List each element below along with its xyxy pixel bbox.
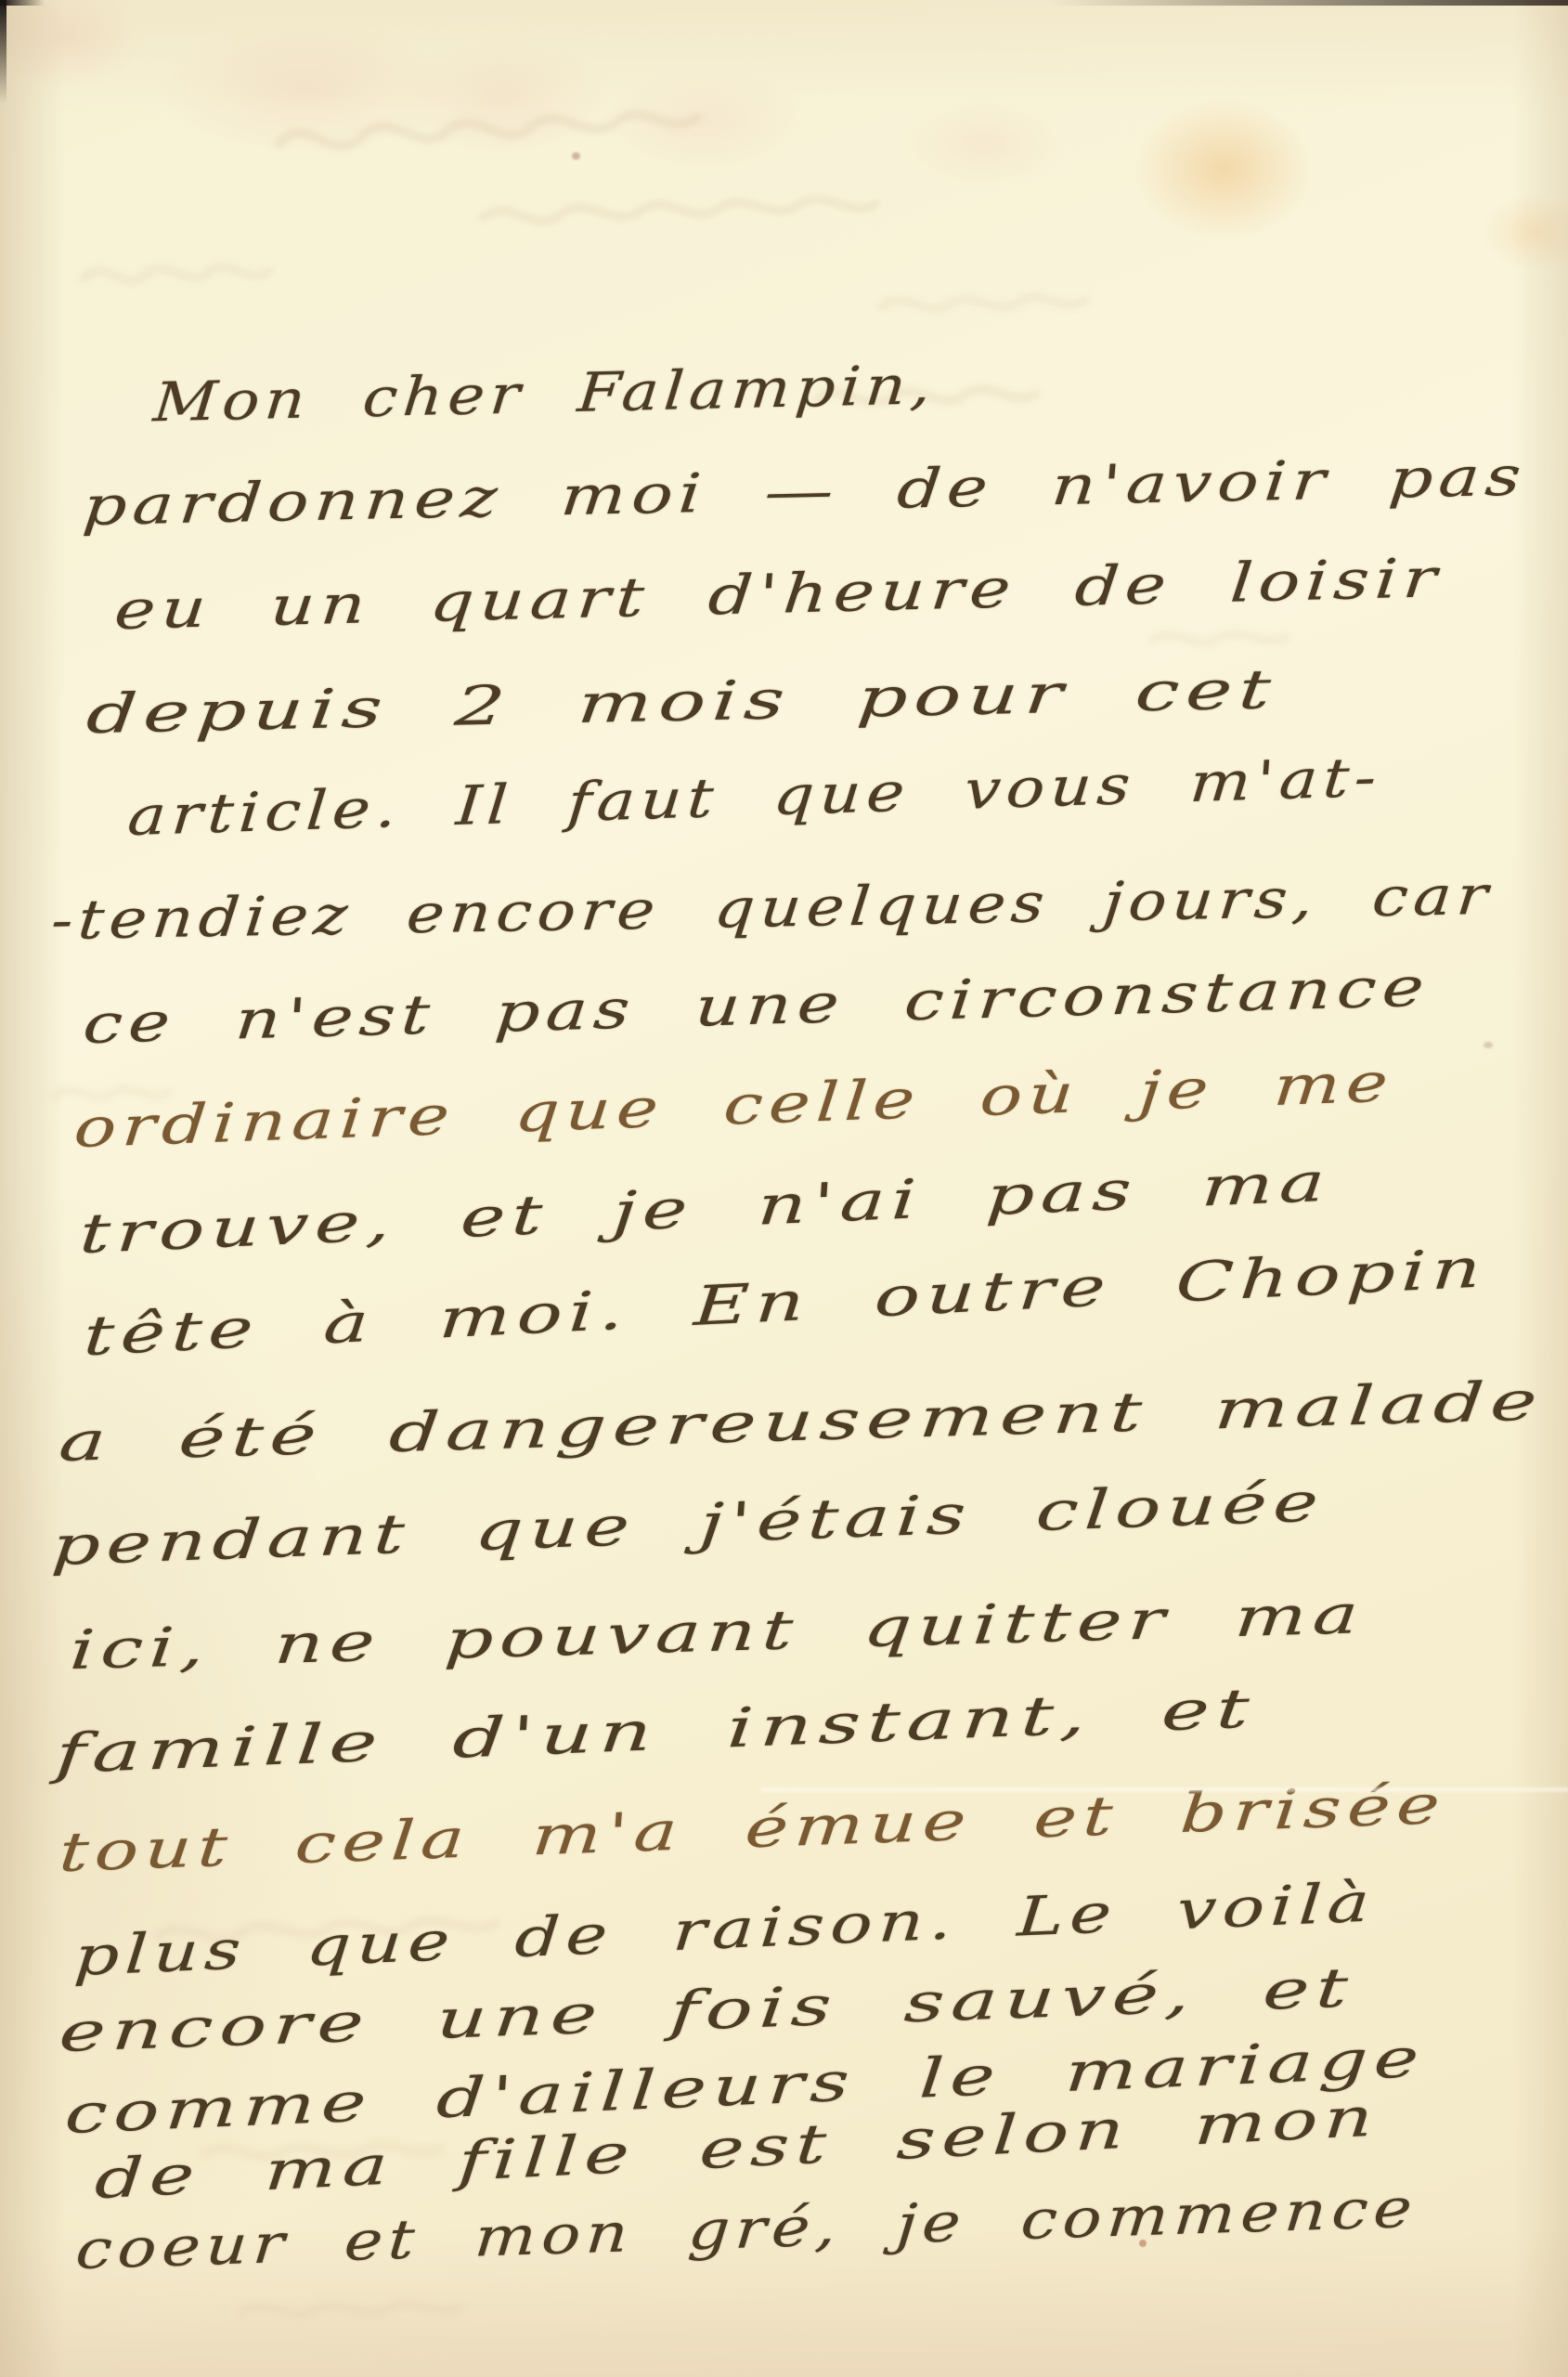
- letter-scan-page: Mon cher Falampin, pardonnez moi — de n'…: [0, 0, 1568, 2377]
- letter-line: tout cela m'a émue et brisée: [58, 1777, 1448, 1879]
- scan-edge-top-right: [1048, 0, 1568, 6]
- scan-edge-top-left-vertical: [0, 0, 6, 104]
- letter-line: tête à moi. En outre Chopin: [83, 1240, 1489, 1363]
- letter-line: eu un quart d'heure de loisir: [112, 551, 1444, 637]
- letter-line: article. Il faut que vous m'at-: [126, 750, 1384, 844]
- letter-line: ce n'est pas une circonstance: [82, 959, 1432, 1051]
- letter-line: trouve, et je n'ai pas ma: [78, 1155, 1332, 1262]
- paper-crease: [761, 1787, 1568, 1792]
- letter-line: famille d'un instant, et: [54, 1681, 1258, 1781]
- paper-speck: [1484, 1042, 1493, 1048]
- letter-line: ordinaire que celle où je me: [72, 1055, 1395, 1155]
- letter-line: pardonnez moi — de n'avoir pas: [81, 448, 1529, 533]
- letter-line: depuis 2 mois pour cet: [84, 662, 1279, 741]
- salutation-line: Mon cher Falampin,: [151, 357, 938, 429]
- scan-edge-top-left-horizontal: [0, 0, 45, 6]
- letter-line: ici, ne pouvant quitter ma: [69, 1587, 1367, 1677]
- paper-speck: [1139, 2240, 1147, 2247]
- paper-speck: [572, 152, 580, 160]
- letter-line: a été dangereusement malade: [58, 1373, 1546, 1469]
- letter-line: pendant que j'étais clouée: [50, 1474, 1327, 1573]
- letter-line: -tendiez encore quelques jours, car: [49, 868, 1496, 947]
